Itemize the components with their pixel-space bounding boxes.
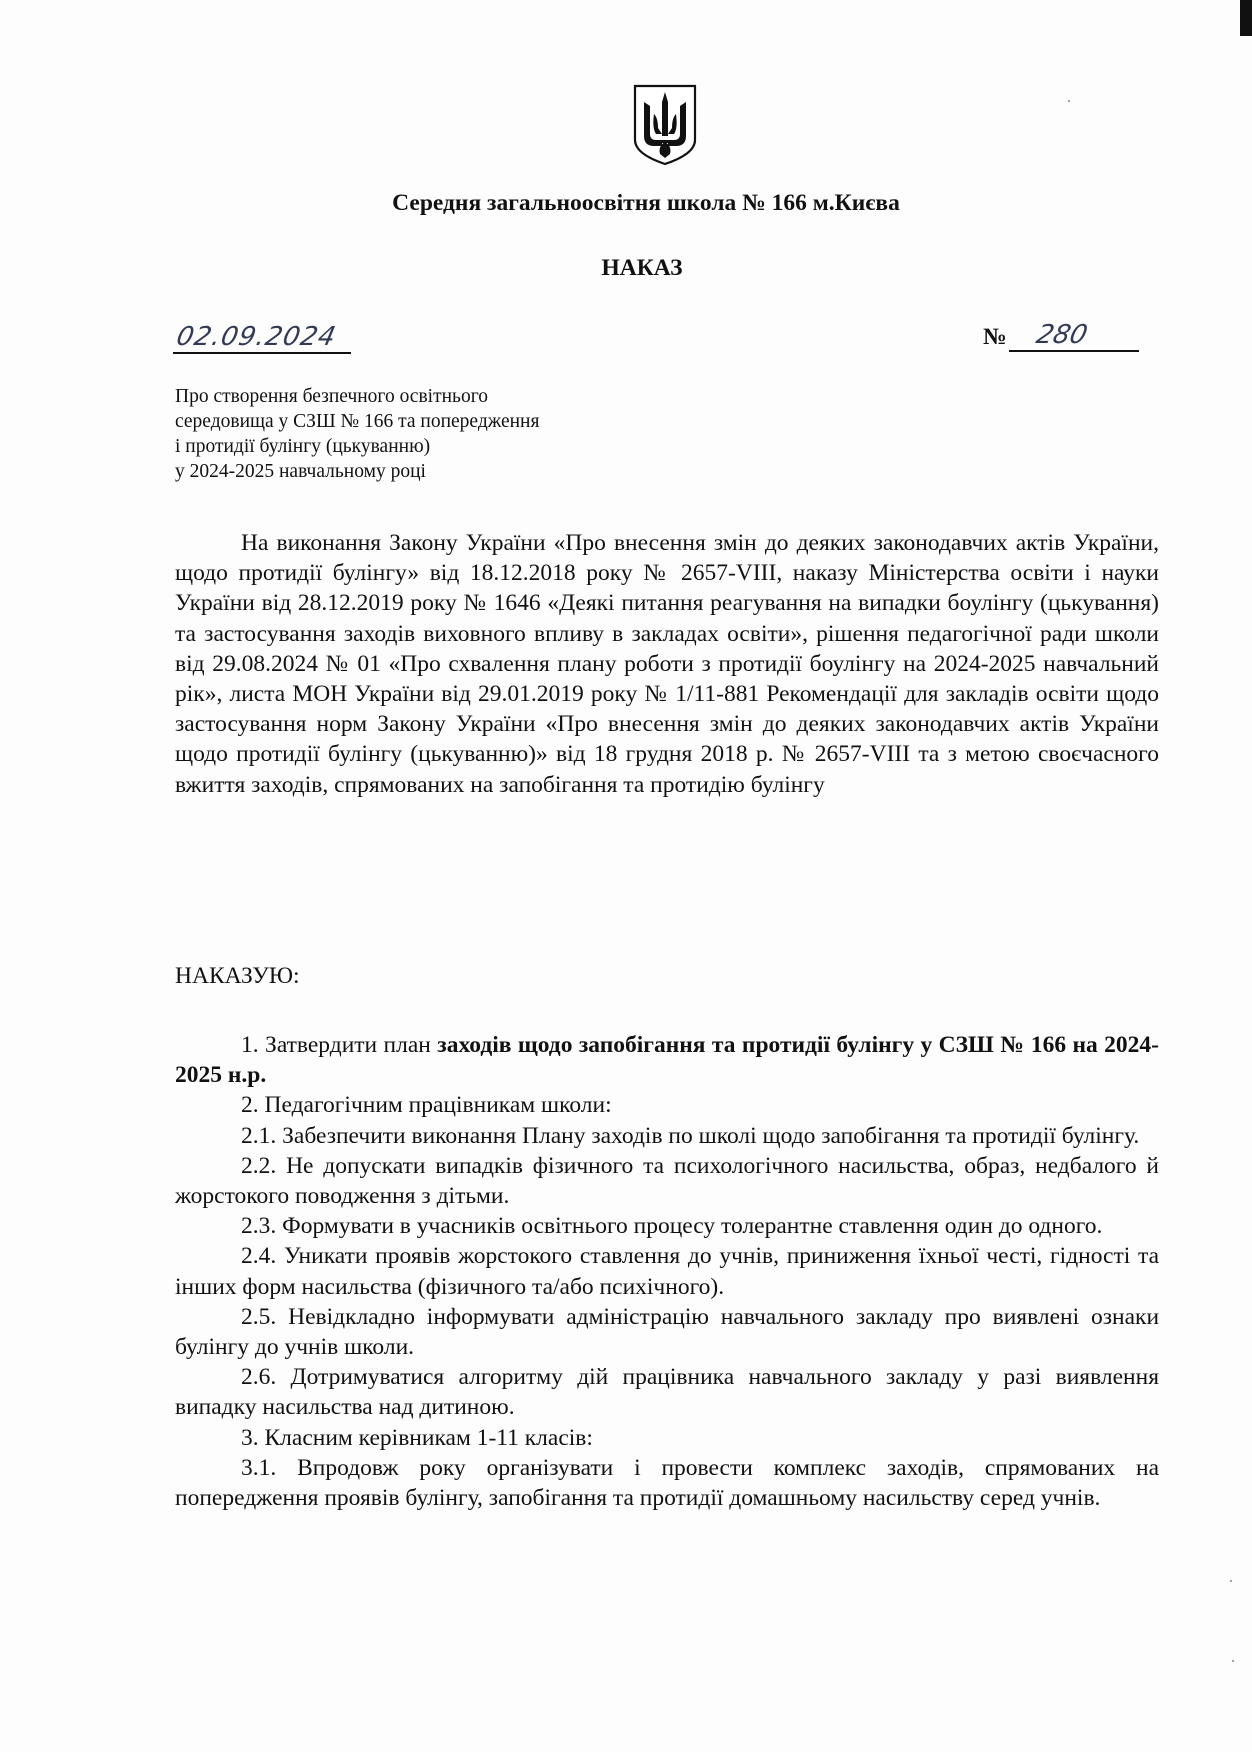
item-text: Затвердити план bbox=[265, 1032, 437, 1058]
order-item-2-2: 2.2. Не допускати випадків фізичного та … bbox=[175, 1151, 1159, 1211]
order-item-2-4: 2.4. Уникати проявів жорстокого ставленн… bbox=[175, 1241, 1159, 1301]
order-number-field: № 280 bbox=[983, 322, 1139, 352]
item-number: 3.1. bbox=[241, 1455, 276, 1481]
scan-speck bbox=[1068, 100, 1070, 102]
order-number-line: 280 bbox=[1009, 320, 1139, 352]
date-field: 02.09.2024 bbox=[173, 322, 351, 354]
item-text: Формувати в учасників освітнього процесу… bbox=[282, 1213, 1102, 1239]
item-text: Не допускати випадків фізичного та психо… bbox=[175, 1153, 1159, 1209]
scan-speck bbox=[1230, 1580, 1232, 1582]
handwritten-date: 02.09.2024 bbox=[174, 322, 339, 352]
item-number: 2.3. bbox=[241, 1213, 276, 1239]
preamble-paragraph: На виконання Закону України «Про внесенн… bbox=[175, 528, 1159, 800]
number-sign: № bbox=[983, 322, 1007, 352]
item-number: 2.2. bbox=[241, 1153, 276, 1179]
subject-line: Про створення безпечного освітнього bbox=[175, 384, 539, 409]
item-number: 2.1. bbox=[241, 1123, 276, 1149]
scan-edge-mark bbox=[1240, 0, 1252, 36]
item-text: Невідкладно інформувати адміністрацію на… bbox=[175, 1304, 1159, 1360]
school-title: Середня загальноосвітня школа № 166 м.Ки… bbox=[0, 190, 1252, 217]
handwritten-order-number: 280 bbox=[1033, 320, 1090, 350]
item-number: 3. bbox=[241, 1425, 259, 1451]
item-text: Уникати проявів жорстокого ставлення до … bbox=[175, 1243, 1159, 1299]
item-text: Педагогічним працівникам школи: bbox=[265, 1092, 612, 1118]
order-word: НАКАЗУЮ: bbox=[175, 963, 300, 990]
item-number: 2.6. bbox=[241, 1364, 276, 1390]
subject-line: середовища у СЗШ № 166 та попередження bbox=[175, 409, 539, 434]
order-subject: Про створення безпечного освітнього сере… bbox=[175, 384, 539, 484]
ukraine-trident-coat-of-arms-icon bbox=[632, 84, 698, 166]
item-number: 2. bbox=[241, 1092, 259, 1118]
order-item-2: 2. Педагогічним працівникам школи: bbox=[175, 1090, 1159, 1120]
item-number: 2.5. bbox=[241, 1304, 276, 1330]
order-item-3: 3. Класним керівникам 1-11 класів: bbox=[175, 1423, 1159, 1453]
subject-line: і протидії булінгу (цькуванню) bbox=[175, 434, 539, 459]
order-item-2-1: 2.1. Забезпечити виконання Плану заходів… bbox=[175, 1121, 1159, 1151]
subject-line: у 2024-2025 навчальному році bbox=[175, 459, 539, 484]
item-number: 2.4. bbox=[241, 1243, 276, 1269]
order-item-2-5: 2.5. Невідкладно інформувати адміністрац… bbox=[175, 1302, 1159, 1362]
item-text: Класним керівникам 1-11 класів: bbox=[265, 1425, 593, 1451]
document-type-heading: НАКАЗ bbox=[0, 255, 1252, 282]
order-items-list: 1. Затвердити план заходів щодо запобіга… bbox=[175, 1030, 1159, 1513]
item-number: 1. bbox=[241, 1032, 259, 1058]
order-item-2-6: 2.6. Дотримуватися алгоритму дій працівн… bbox=[175, 1362, 1159, 1422]
item-text: Впродовж року організувати і провести ко… bbox=[175, 1455, 1159, 1511]
order-item-1: 1. Затвердити план заходів щодо запобіга… bbox=[175, 1030, 1159, 1090]
item-text: Забезпечити виконання Плану заходів по ш… bbox=[282, 1123, 1139, 1149]
order-item-2-3: 2.3. Формувати в учасників освітнього пр… bbox=[175, 1211, 1159, 1241]
item-text: Дотримуватися алгоритму дій працівника н… bbox=[175, 1364, 1159, 1420]
scan-speck bbox=[1232, 1660, 1234, 1662]
order-item-3-1: 3.1. Впродовж року організувати і провес… bbox=[175, 1453, 1159, 1513]
